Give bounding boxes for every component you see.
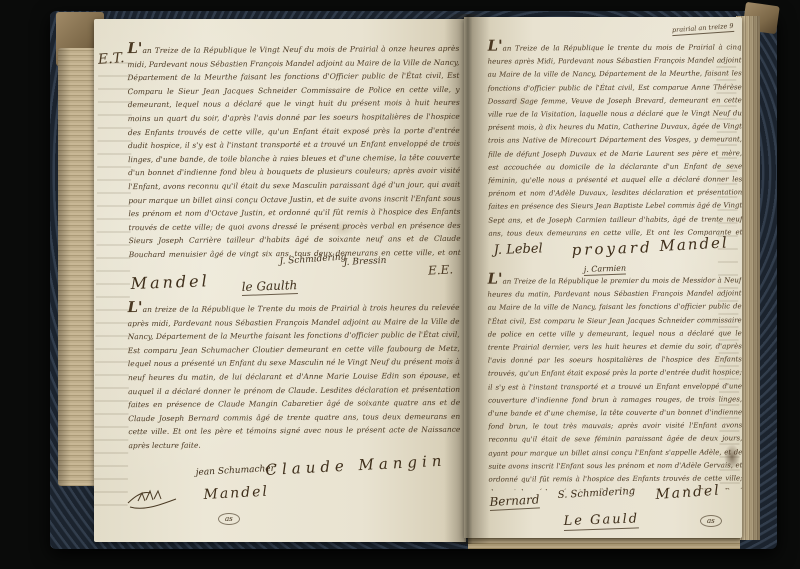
signature-mandel-3: Mandel <box>659 233 729 255</box>
left-page: E.T. L'an Treize de la République le Vin… <box>94 19 466 542</box>
signature-flourish-sketch-icon <box>126 485 178 511</box>
signature-lebel: J. Lebel <box>493 241 542 258</box>
signature-le-gauld: Le Gauld <box>563 511 639 531</box>
birth-act-right-1: L'an Treize de la République le trente d… <box>487 38 742 241</box>
folio-corner-annotation: prairial an treize 9 <box>672 22 734 36</box>
signature-bernard: Bernard <box>489 492 540 511</box>
paraph-mark-right: as <box>700 515 722 527</box>
signature-mandel-1: Mandel <box>130 271 210 293</box>
paraph-mark-left: as <box>218 513 240 525</box>
signature-bressin: J. Bressin <box>343 256 386 268</box>
signature-mandel-2: Mandel <box>203 484 269 503</box>
birth-act-left-2: L'an treize de la République le Trente d… <box>127 299 460 463</box>
signature-le-gaulth: le Gaulth <box>241 278 297 296</box>
margin-note-enfant-trouve: E.T. <box>97 50 124 68</box>
ink-showthrough <box>94 53 133 509</box>
birth-act-right-2: L'an Treize de la République le premier … <box>487 271 742 490</box>
right-page: prairial an treize 9 L'an Treize de la R… <box>464 17 742 538</box>
birth-act-left-1: L'an Treize de la République le Vingt Ne… <box>127 40 461 261</box>
manuscript-scan: E.T. L'an Treize de la République le Vin… <box>0 0 800 569</box>
signature-proyard: proyard <box>571 238 653 259</box>
signature-schumacher: jean Schumacher <box>195 464 275 478</box>
margin-note-enfant-expose: E.E. <box>428 262 454 277</box>
signature-mandel-4: Mandel <box>655 482 721 503</box>
